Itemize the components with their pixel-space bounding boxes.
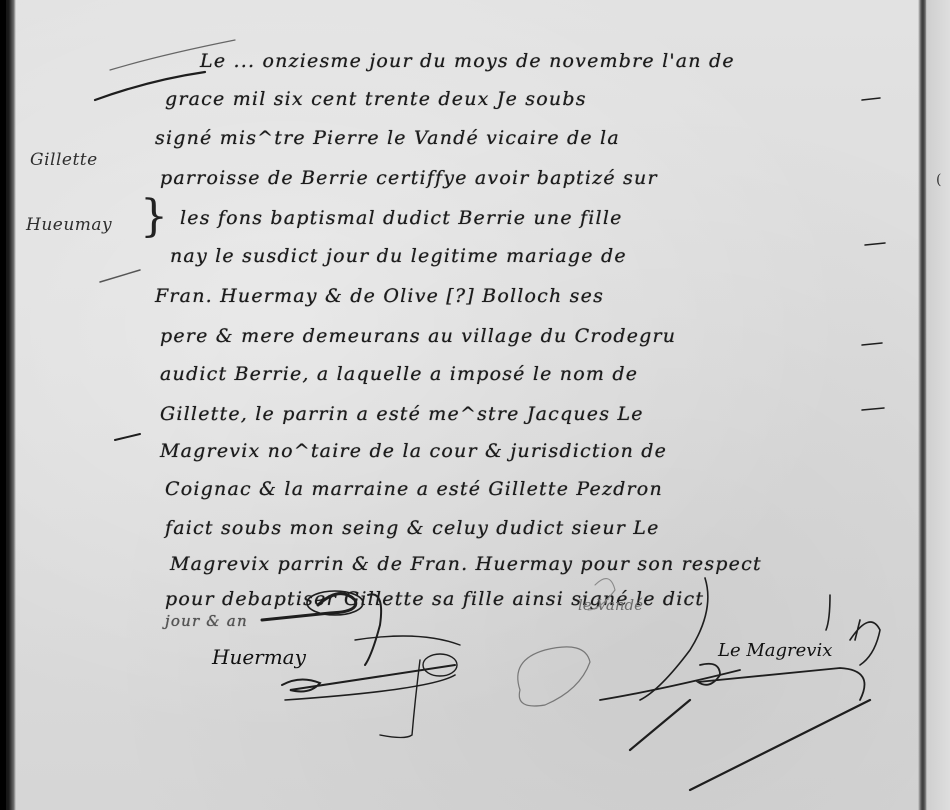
margin-name-surname: Hueumay <box>26 215 112 235</box>
entry-line: audict Berrie, a laquelle a imposé le no… <box>160 363 638 385</box>
entry-line: pere & mere demeurans au village du Crod… <box>160 325 676 347</box>
signature-father: Huermay <box>212 645 306 669</box>
margin-bracket: } <box>140 195 168 239</box>
entry-line: nay le susdict jour du legitime mariage … <box>170 245 627 267</box>
entry-line: signé mis^tre Pierre le Vandé vicaire de… <box>155 127 620 149</box>
entry-line: faict soubs mon seing & celuy dudict sie… <box>165 517 660 539</box>
entry-line: Gillette, le parrin a esté me^stre Jacqu… <box>160 403 644 425</box>
entry-line: les fons baptismal dudict Berrie une fil… <box>180 207 623 229</box>
entry-line: parroisse de Berrie certiffye avoir bapt… <box>160 167 658 189</box>
entry-line: Fran. Huermay & de Olive [?] Bolloch ses <box>155 285 604 307</box>
entry-line: Coignac & la marraine a esté Gillette Pe… <box>165 478 663 500</box>
entry-line: Magrevix parrin & de Fran. Huermay pour … <box>170 553 762 575</box>
entry-line: Le ... onziesme jour du moys de novembre… <box>200 50 735 72</box>
signature-vicar: le Vandé <box>578 596 643 614</box>
register-page: ( Gillette Hueumay } Le ... onziesme jou… <box>0 0 950 810</box>
page-fold-right <box>918 0 927 810</box>
margin-name-first: Gillette <box>30 150 98 170</box>
signature-godfather: Le Magrevix <box>718 640 832 661</box>
adjacent-page-mark: ( <box>936 172 941 188</box>
adjacent-page-edge <box>927 0 950 810</box>
binding-shadow <box>0 0 6 810</box>
entry-line: jour & an <box>165 612 248 630</box>
entry-line: grace mil six cent trente deux Je soubs <box>165 88 587 110</box>
entry-line: Magrevix no^taire de la cour & jurisdict… <box>160 440 667 462</box>
